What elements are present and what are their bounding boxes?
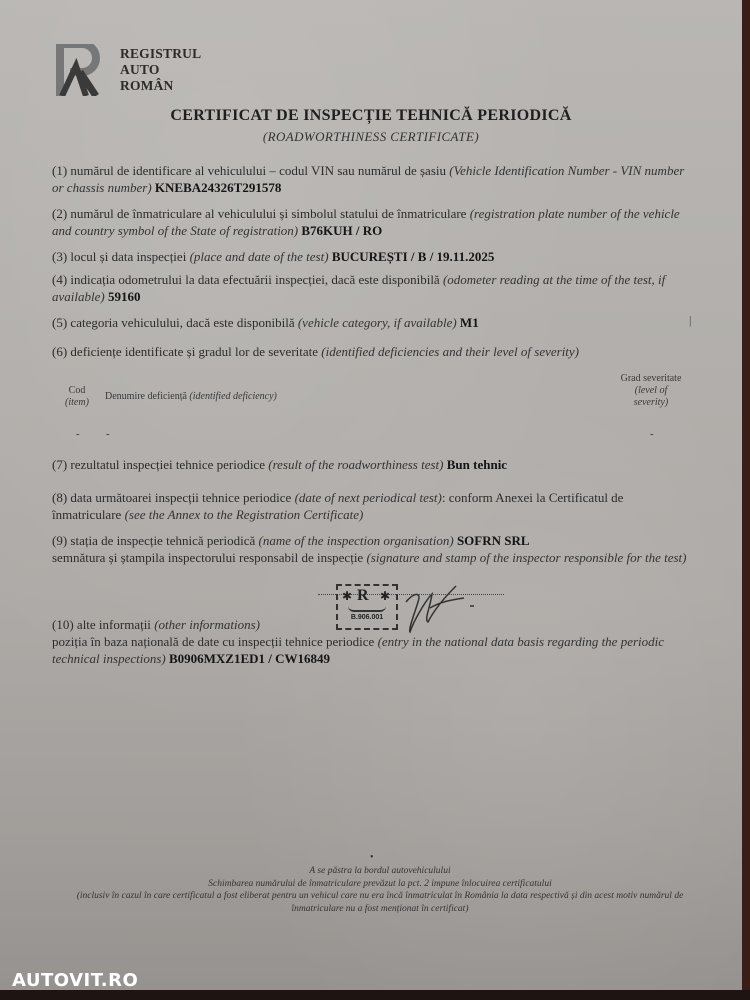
station-value: SOFRN SRL	[457, 533, 530, 548]
stamp-logo: R	[357, 587, 369, 605]
deficiency-col-severity: Grad severitate (level of severity)	[620, 373, 682, 409]
footer-note: A se păstra la bordul autovehiculului Sc…	[60, 865, 700, 915]
brand-name: REGISTRUL AUTO ROMÂN	[120, 46, 201, 94]
bullet-mark: •	[370, 852, 374, 863]
field-place-date: (3) locul și data inspecției (place and …	[52, 248, 692, 265]
document-subtitle: (ROADWORTHINESS CERTIFICATE)	[0, 129, 742, 145]
deficiency-col-name: Denumire deficiență (identified deficien…	[105, 391, 277, 403]
registration-value: B76KUH / RO	[301, 223, 382, 238]
field-other-info: (10) alte informații (other informations…	[52, 616, 692, 667]
field-station: (9) stația de inspecție tehnică periodic…	[52, 532, 692, 566]
certificate-document: REGISTRUL AUTO ROMÂN CERTIFICAT DE INSPE…	[0, 0, 742, 990]
background-edge	[742, 0, 750, 1000]
category-value: M1	[460, 315, 479, 330]
field-vin: (1) numărul de identificare al vehiculul…	[52, 162, 692, 196]
pen-mark: |	[689, 313, 691, 328]
db-entry-value: B0906MXZ1ED1 / CW16849	[169, 651, 330, 666]
footer-line-2: Schimbarea numărului de înmatriculare pr…	[60, 878, 700, 891]
vin-value: KNEBA24326T291578	[155, 180, 281, 195]
result-value: Bun tehnic	[447, 457, 507, 472]
field-deficiencies: (6) deficiențe identificate și gradul lo…	[52, 343, 692, 360]
stamp-wave-icon	[348, 606, 386, 612]
star-icon: ✱	[380, 589, 390, 603]
background-edge	[0, 990, 750, 1000]
footer-line-1: A se păstra la bordul autovehiculului	[60, 865, 700, 878]
brand-line: ROMÂN	[120, 78, 201, 94]
document-title: CERTIFICAT DE INSPECȚIE TEHNICĂ PERIODIC…	[0, 107, 742, 125]
brand-line: REGISTRUL	[120, 46, 201, 62]
field-category: (5) categoria vehiculului, dacă este dis…	[52, 314, 692, 331]
deficiency-severity: -	[650, 428, 654, 440]
field-result: (7) rezultatul inspecției tehnice period…	[52, 456, 692, 473]
place-date-value: BUCUREȘTI / B / 19.11.2025	[332, 249, 495, 264]
brand-line: AUTO	[120, 62, 201, 78]
deficiency-code: -	[76, 428, 80, 440]
deficiency-name: -	[106, 428, 110, 440]
odometer-value: 59160	[108, 289, 141, 304]
footer-line-3: (inclusiv în cazul în care certificatul …	[60, 890, 700, 915]
field-odometer: (4) indicația odometrului la data efectu…	[52, 271, 692, 305]
autovit-watermark: AUTOVIT.RO	[12, 970, 138, 991]
star-icon: ✱	[342, 589, 352, 603]
rar-logo-icon	[56, 44, 106, 96]
field-next-test: (8) data următoarei inspecții tehnice pe…	[52, 489, 692, 523]
field-registration: (2) numărul de înmatriculare al vehiculu…	[52, 205, 692, 239]
deficiency-col-code: Cod (item)	[62, 385, 92, 409]
